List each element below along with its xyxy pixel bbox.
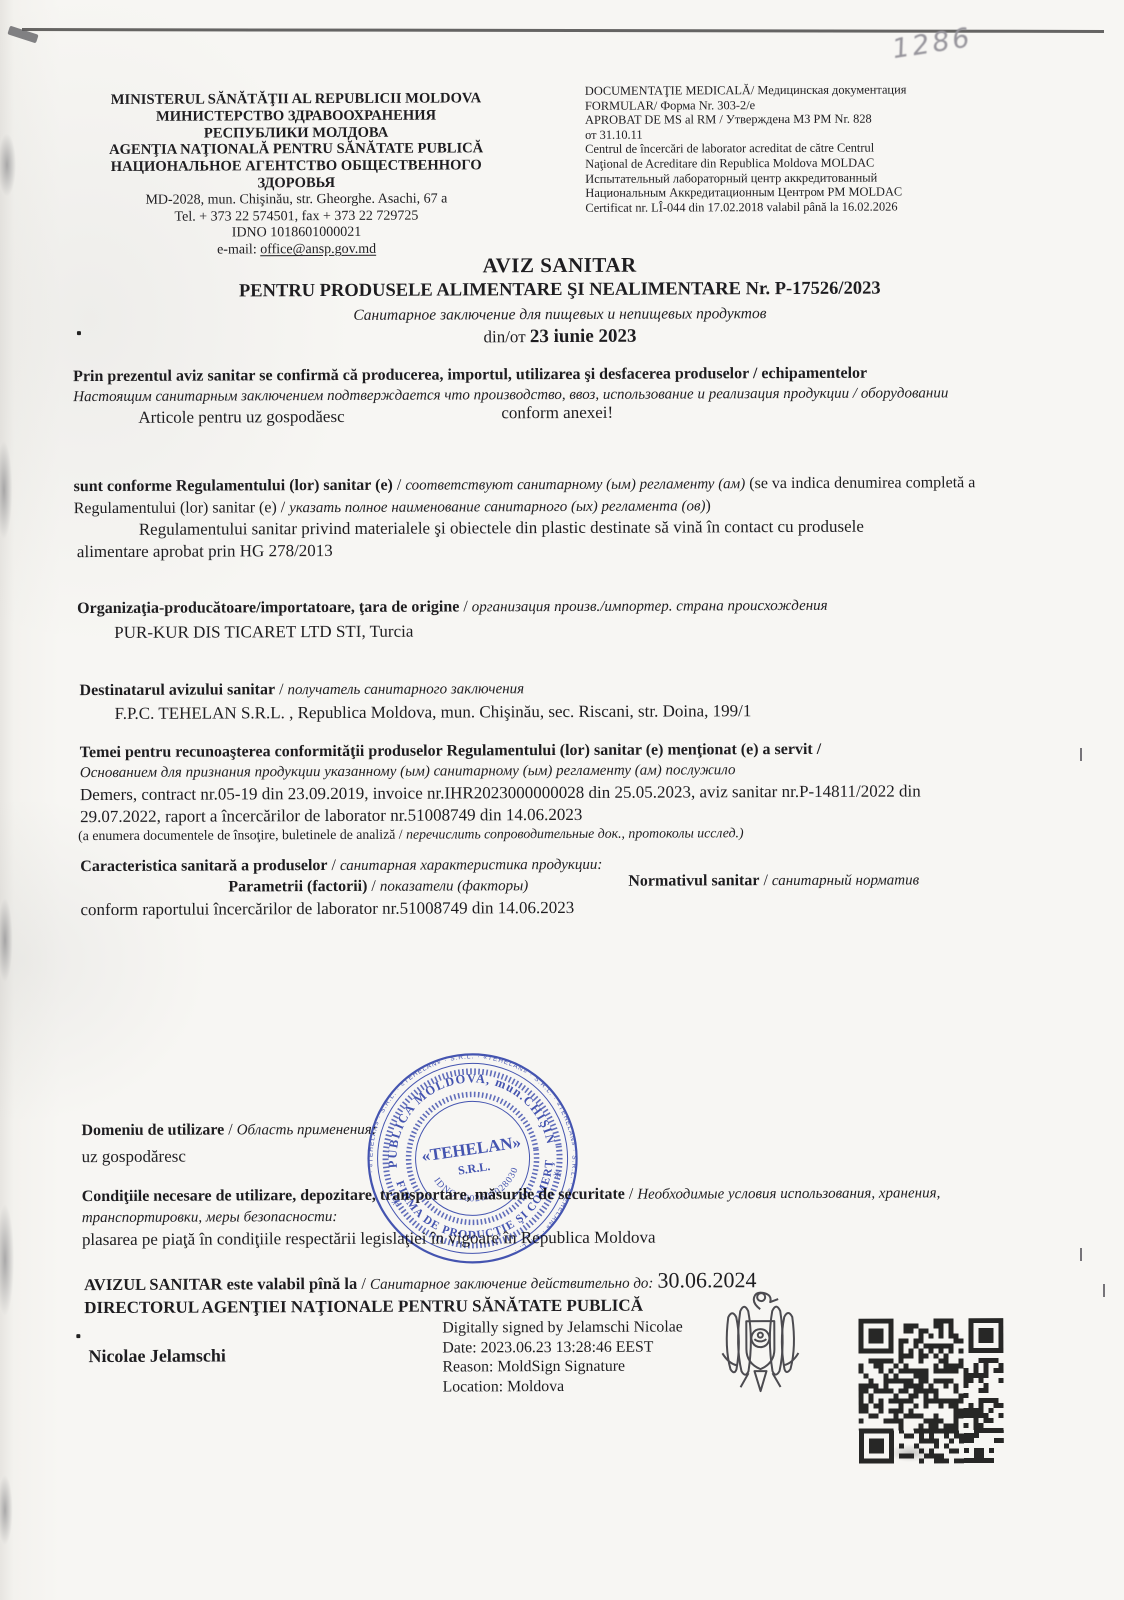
slash-separator: / [397,477,402,494]
form-info-line: Naţional de Acreditare din Republica Mol… [585,155,937,171]
conformity-line2-ru: указать полное наименование санитарного … [289,498,705,516]
basis-label-ru: Основанием для признания продукции указа… [80,761,1070,782]
slash-separator: / [361,1274,366,1293]
parameters-label-ro: Parametrii (factorii) [228,878,367,896]
document-date-line: din/от 23 iunie 2023 [0,324,1122,351]
norm-label-ro: Normativul sanitar [628,872,759,890]
conditions-label-ru1: Необходимые условия использования, хране… [637,1185,940,1202]
recipient-label-ro: Destinatarul avizului sanitar [79,681,275,699]
conformity-label-ro: sunt conforme Regulamentului (lor) sanit… [74,477,393,495]
agency-name-line: НАЦИОНАЛЬНОЕ АГЕНТСТВО ОБЩЕСТВЕННОГО [63,157,529,176]
slash-separator: / [331,857,336,874]
norm-label-ru: санитарный норматив [772,872,919,889]
issue-date: 23 iunie 2023 [530,326,637,347]
basis-note: (a enumera documentele de însoţire, bule… [78,824,1078,844]
form-info-line: Centrul de încercări de laborator acredi… [585,141,937,157]
regulation-name-line2: alimentare aprobat prin HG 278/2013 [77,538,1027,562]
characteristics-value: conform raportului încercărilor de labor… [80,898,574,920]
producer-label-ro: Organizaţia-producătoare/importatoare, ţ… [77,598,459,617]
basis-note-ru: перечислить сопроводительные док., прото… [406,825,744,841]
slash-separator: / [228,1121,233,1138]
date-prefix: din/от [483,327,525,346]
validity-label-ro: AVIZUL SANITAR este valabil pînă la [84,1274,357,1294]
slash-separator: / [279,681,284,698]
conformity-label-tail: (se va indica denumirea completă a [749,474,975,492]
qr-code-image [858,1318,1004,1464]
slash-separator: / [463,598,468,615]
agency-idno: IDNO 1018601000021 [63,225,529,244]
agency-name-line: ЗДОРОВЬЯ [63,174,529,193]
agency-phone-fax: Tel. + 373 22 574501, fax + 373 22 72972… [63,208,529,227]
producer-value: PUR-KUR DIS TICARET LTD STI, Turcia [114,622,413,643]
document-title: AVIZ SANITAR [0,251,1122,281]
recipient-label-ru: получатель санитарного заключения [287,681,524,698]
conformity-label-line1: sunt conforme Regulamentului (lor) sanit… [74,472,1064,498]
basis-documents-line1: Demers, contract nr.05-19 din 23.09.2019… [80,781,1080,805]
slash-separator: / [763,872,768,889]
agency-address: MD-2028, mun. Chişinău, str. Gheorghe. A… [63,191,529,210]
form-info-line: от 31.10.11 [585,126,937,142]
parameters-header: Parametrii (factorii) / показатели (факт… [228,877,528,896]
ministry-header: MINISTERUL SĂNĂTĂŢII AL REPUBLICII MOLDO… [63,90,530,260]
usage-section: Domeniu de utilizare / Область применени… [81,1121,376,1140]
slash-separator: / [629,1186,634,1203]
ink-dot [77,331,81,335]
conformity-line2-ro: Regulamentului (lor) sanitar (e) [74,499,277,517]
norm-header: Normativul sanitar / санитарный норматив [628,871,919,890]
basis-note-ro: (a enumera documentele de însoţire, bule… [78,827,395,843]
producer-section: Organizaţia-producătoare/importatoare, ţ… [77,597,828,618]
stamp-company-suffix: S.R.L. [457,1159,491,1177]
form-info-line: APROBAT DE MS al RM / Утверждена МЗ РМ N… [585,112,937,128]
characteristics-label-ro: Caracteristica sanitară a produselor [80,857,327,875]
digital-signature-line: Location: Moldova [443,1376,684,1397]
usage-label-ro: Domeniu de utilizare [81,1121,224,1139]
form-info-line: FORMULAR/ Форма Nr. 303-2/e [585,97,937,113]
usage-value: uz gospodăresc [82,1147,186,1167]
form-info-line: Национальным Аккредитационным Центром РМ… [585,185,937,201]
conformity-section: sunt conforme Regulamentului (lor) sanit… [74,472,1064,520]
document-subtitle-ru: Санитарное заключение для пищевых и непи… [0,304,1122,327]
recipient-value: F.P.C. TEHELAN S.R.L. , Republica Moldov… [115,700,1075,724]
stamp-star-icon: ✳ [552,1169,563,1182]
product-name: Articole pentru uz gospodăesc [138,407,344,428]
form-info-header: DOCUMENTAŢIE MEDICALĂ/ Медицинская докум… [585,82,938,215]
regulation-name-line1: Regulamentului sanitar privind materiale… [139,516,1089,540]
characteristics-label-ru: санитарная характеристика продукции: [340,857,602,874]
ink-dot [76,1334,80,1338]
form-info-line: DOCUMENTAŢIE MEDICALĂ/ Медицинская докум… [585,82,937,98]
director-title: DIRECTORUL AGENŢIEI NAŢIONALE PENTRU SĂN… [84,1296,643,1318]
moldova-coat-of-arms-icon [714,1287,807,1403]
slash-separator: / [281,499,286,516]
recipient-section: Destinatarul avizului sanitar / получате… [79,680,524,700]
characteristics-section: Caracteristica sanitară a produselor / с… [80,856,602,876]
document-subtitle-number: PENTRU PRODUSELE ALIMENTARE ŞI NEALIMENT… [0,278,1122,304]
form-info-line: Испытательный лабораторный центр аккреди… [585,170,937,186]
stamp-star-icon: ✳ [390,1196,401,1209]
digital-signature-line: Digitally signed by Jelamschi Nicolae [442,1317,683,1338]
director-name: Nicolae Jelamschi [88,1345,226,1367]
digital-signature-line: Reason: MoldSign Signature [442,1356,683,1377]
slash-separator: / [399,827,403,842]
slash-separator: / [371,878,376,895]
intro-statement-ro: Prin prezentul aviz sanitar se confirmă … [73,364,1053,386]
scanned-document-page: 1286 MINISTERUL SĂNĂTĂŢII AL REPUBLICII … [0,0,1124,1600]
annex-note: conform anexei! [501,403,613,423]
company-stamp: · «TEHELAN» · S.R.L. · «TEHELAN» · S.R.L… [346,1030,598,1287]
agency-name-line: AGENŢIA NAŢIONALĂ PENTRU SĂNĂTATE PUBLIC… [63,141,529,160]
ministry-name-line: МИНИСТЕРСТВО ЗДРАВООХРАНЕНИЯ [63,107,529,126]
basis-label-ro: Temei pentru recunoaşterea conformităţii… [80,740,1070,762]
producer-label-ru: организация произв./импортер. страна про… [472,598,828,616]
digital-signature-line: Date: 2023.06.23 13:28:46 EEST [442,1337,683,1358]
conformity-label-ru: соответствуют санитарному (ым) регламент… [405,476,745,493]
ministry-name-line: MINISTERUL SĂNĂTĂŢII AL REPUBLICII MOLDO… [63,90,529,109]
parameters-label-ru: показатели (факторы) [380,878,528,895]
conformity-line2-close: ) [705,497,710,514]
conditions-label-ru2: транспортировки, меры безопасности: [82,1209,338,1227]
form-info-line: Certificat nr. LÎ-044 din 17.02.2018 val… [585,199,937,215]
digital-signature-block: Digitally signed by Jelamschi Nicolae Da… [442,1317,683,1396]
